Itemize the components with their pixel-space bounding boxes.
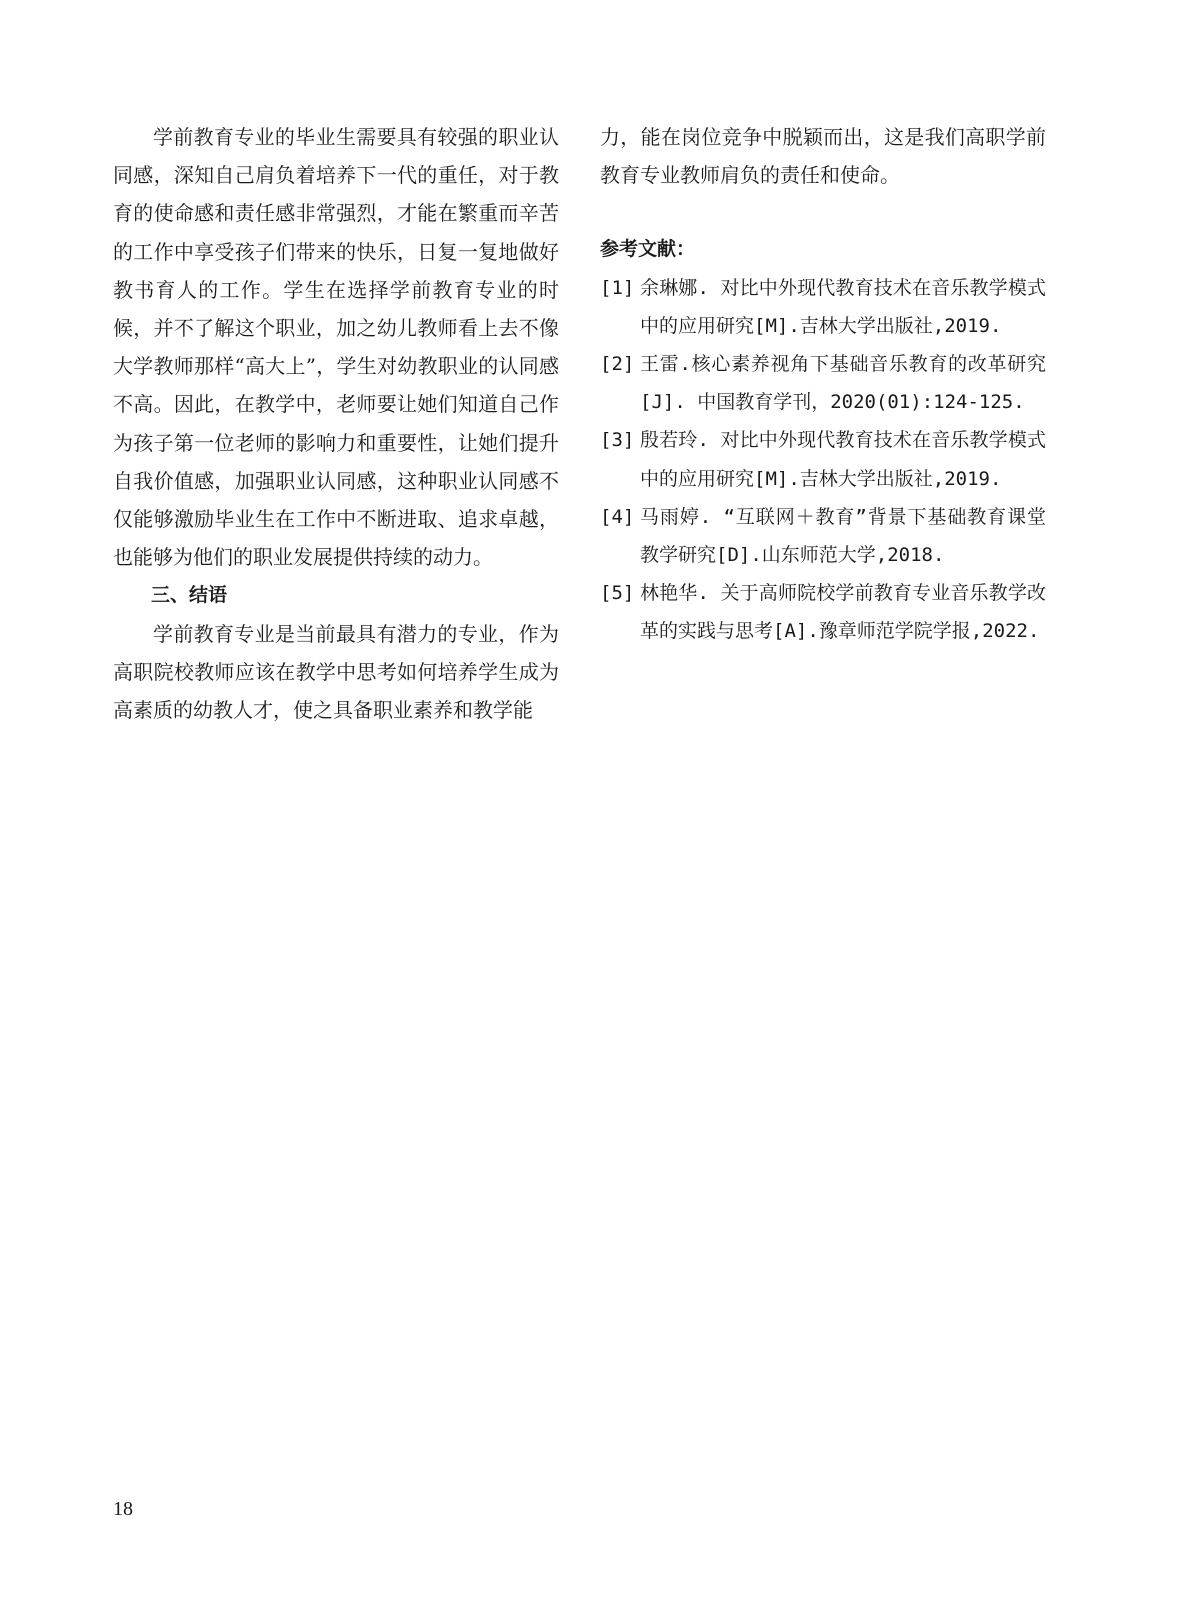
body-paragraph: 学前教育专业的毕业生需要具有较强的职业认同感，深知自己肩负着培养下一代的重任，对… [113, 118, 559, 576]
reference-number: [1] [600, 269, 640, 345]
right-column: 力，能在岗位竞争中脱颖而出，这是我们高职学前教育专业教师肩负的责任和使命。 参考… [600, 118, 1046, 651]
references-list: [1] 余琳娜. 对比中外现代教育技术在音乐教学模式中的应用研究[M].吉林大学… [600, 269, 1046, 651]
references-title: 参考文献： [600, 230, 1046, 268]
reference-item: [2] 王雷.核心素养视角下基础音乐教育的改革研究[J]. 中国教育学刊，202… [600, 345, 1046, 421]
reference-text: 王雷.核心素养视角下基础音乐教育的改革研究[J]. 中国教育学刊，2020(01… [640, 345, 1046, 421]
reference-text: 马雨婷. “互联网＋教育”背景下基础教育课堂教学研究[D].山东师范大学,201… [640, 498, 1046, 574]
reference-number: [3] [600, 421, 640, 497]
reference-item: [5] 林艳华. 关于高师院校学前教育专业音乐教学改革的实践与思考[A].豫章师… [600, 574, 1046, 650]
reference-item: [3] 殷若玲. 对比中外现代教育技术在音乐教学模式中的应用研究[M].吉林大学… [600, 421, 1046, 497]
reference-number: [2] [600, 345, 640, 421]
reference-number: [4] [600, 498, 640, 574]
body-paragraph: 学前教育专业是当前最具有潜力的专业，作为高职院校教师应该在教学中思考如何培养学生… [113, 615, 559, 730]
page-number: 18 [113, 1498, 133, 1521]
reference-text: 余琳娜. 对比中外现代教育技术在音乐教学模式中的应用研究[M].吉林大学出版社,… [640, 269, 1046, 345]
reference-text: 殷若玲. 对比中外现代教育技术在音乐教学模式中的应用研究[M].吉林大学出版社,… [640, 421, 1046, 497]
body-paragraph-continued: 力，能在岗位竞争中脱颖而出，这是我们高职学前教育专业教师肩负的责任和使命。 [600, 118, 1046, 194]
reference-item: [1] 余琳娜. 对比中外现代教育技术在音乐教学模式中的应用研究[M].吉林大学… [600, 269, 1046, 345]
reference-item: [4] 马雨婷. “互联网＋教育”背景下基础教育课堂教学研究[D].山东师范大学… [600, 498, 1046, 574]
section-heading: 三、结语 [113, 576, 559, 614]
reference-text: 林艳华. 关于高师院校学前教育专业音乐教学改革的实践与思考[A].豫章师范学院学… [640, 574, 1046, 650]
left-column: 学前教育专业的毕业生需要具有较强的职业认同感，深知自己肩负着培养下一代的重任，对… [113, 118, 559, 729]
reference-number: [5] [600, 574, 640, 650]
